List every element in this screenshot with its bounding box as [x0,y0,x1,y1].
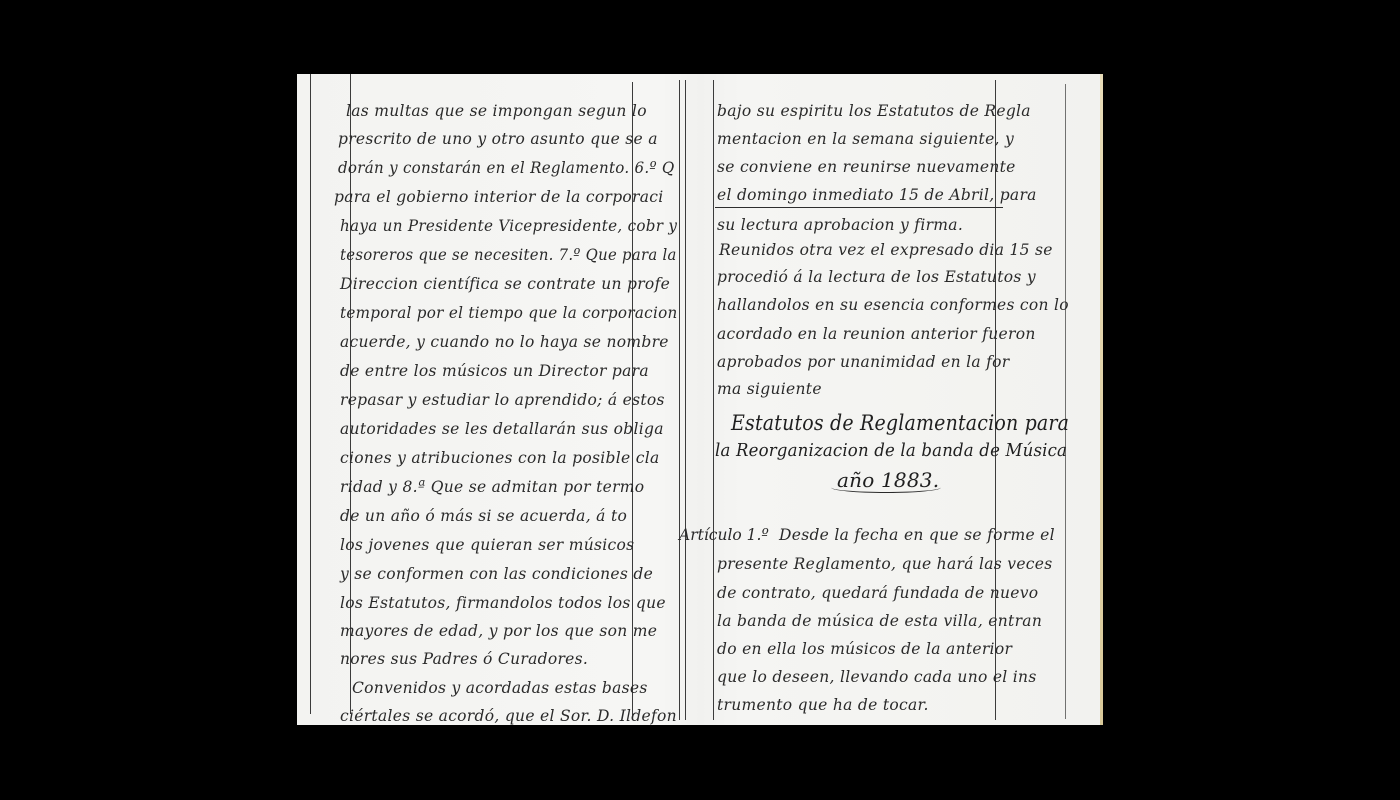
text-line: ma siguiente [717,380,822,398]
text-line: procedió á la lectura de los Estatutos y [717,268,1036,286]
article-number-label: Artículo 1.º [679,526,769,544]
text-line: hallandolos en su esencia conformes con … [717,296,1069,314]
text-line: de contrato, quedará fundada de nuevo [717,584,1038,602]
text-line: haya un Presidente Vicepresidente, cobr … [340,217,677,235]
text-line: Direccion científica se contrate un prof… [340,275,670,293]
right-text-margin-rule [713,80,714,720]
text-line: la banda de música de esta villa, entran [717,612,1042,630]
text-line: ciones y atribuciones con la posible cla [340,449,660,467]
statutes-heading-line-1: Estatutos de Reglamentacion para [731,411,1069,435]
text-line: Desde la fecha en que se forme el [779,526,1055,544]
text-line: los Estatutos, firmandolos todos los que [340,594,666,612]
text-line: ridad y 8.ª Que se admitan por termo [340,478,644,496]
text-line: trumento que ha de tocar. [717,696,929,714]
left-outer-margin-rule [310,74,311,714]
text-line: su lectura aprobacion y firma. [717,216,963,234]
text-line: de un año ó más si se acuerda, á to [340,507,627,525]
text-line: que lo deseen, llevando cada uno el ins [717,668,1037,686]
text-line: temporal por el tiempo que la corporacio… [340,304,678,322]
text-line: nores sus Padres ó Curadores. [340,650,588,668]
left-gutter-rule-1 [679,80,680,720]
text-line: aprobados por unanimidad en la for [717,353,1010,371]
text-line: presente Reglamento, que hará las veces [717,555,1053,573]
text-line: acordado en la reunion anterior fueron [717,325,1036,343]
section-divider-line [715,207,1003,208]
text-line: tesoreros que se necesiten. 7.º Que para… [340,246,677,264]
page-edge [1100,74,1103,725]
text-line: mentacion en la semana siguiente, y [717,130,1014,148]
text-line: de entre los músicos un Director para [340,362,649,380]
text-line: las multas que se impongan segun lo [346,102,647,120]
text-line: Reunidos otra vez el expresado dia 15 se [719,241,1053,259]
year-underline-brace [831,482,941,493]
right-outer-rule [1065,84,1066,719]
text-line: repasar y estudiar lo aprendido; á estos [340,391,665,409]
text-line: y se conformen con las condiciones de [340,565,653,583]
text-line: autoridades se les detallarán sus obliga [340,420,664,438]
text-line: el domingo inmediato 15 de Abril, para [717,186,1037,204]
text-line: para el gobierno interior de la corporac… [334,188,664,206]
text-line: bajo su espiritu los Estatutos de Regla [717,102,1031,120]
text-line: do en ella los músicos de la anterior [717,640,1012,658]
text-line: ciértales se acordó, que el Sor. D. Ilde… [340,707,677,725]
text-line: acuerde, y cuando no lo haya se nombre [340,333,669,351]
text-line: los jovenes que quieran ser músicos [340,536,634,554]
statutes-heading-line-2: la Reorganizacion de la banda de Música [715,440,1067,461]
left-gutter-rule-2 [685,80,686,720]
text-line: Convenidos y acordadas estas bases [352,679,648,697]
text-line: se conviene en reunirse nuevamente [717,158,1016,176]
manuscript-page-spread: las multas que se impongan segun lo pres… [297,74,1103,725]
text-line: prescrito de uno y otro asunto que se a [338,130,658,148]
text-line: dorán y constarán en el Reglamento. 6.º … [338,159,675,177]
text-line: mayores de edad, y por los que son me [340,622,657,640]
